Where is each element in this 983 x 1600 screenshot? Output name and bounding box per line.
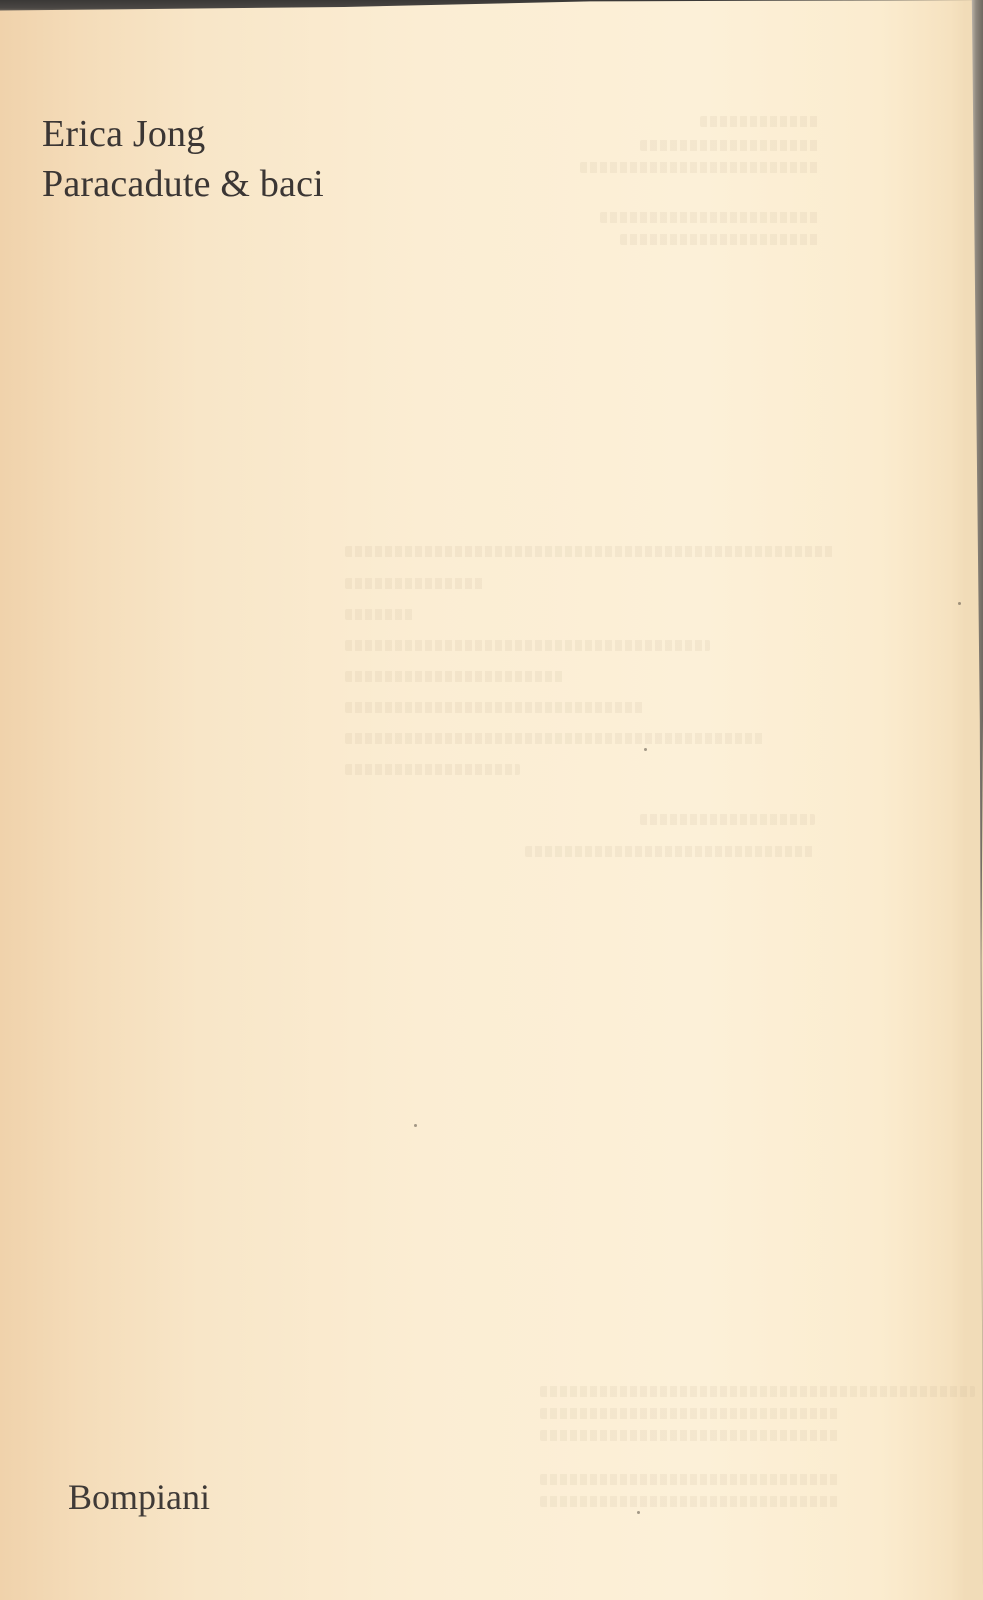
paper-speck — [958, 602, 961, 605]
page-binding-edge — [967, 0, 983, 1600]
show-through-text — [345, 546, 835, 557]
show-through-text — [345, 733, 765, 744]
show-through-text — [600, 212, 820, 223]
book-title: Paracadute & baci — [42, 160, 324, 208]
show-through-text — [580, 162, 820, 173]
page-top-shadow — [0, 0, 983, 14]
paper-speck — [644, 748, 647, 751]
paper-speck — [637, 1511, 640, 1514]
show-through-text — [345, 640, 710, 651]
show-through-text — [345, 671, 565, 682]
show-through-text — [540, 1408, 840, 1419]
show-through-text — [640, 814, 815, 825]
show-through-text — [540, 1474, 840, 1485]
author-name: Erica Jong — [42, 110, 205, 158]
book-page: Erica Jong Paracadute & baci Bompiani — [0, 0, 983, 1600]
show-through-text — [540, 1386, 975, 1397]
show-through-text — [345, 609, 415, 620]
show-through-text — [345, 578, 485, 589]
show-through-text — [345, 764, 520, 775]
show-through-text — [700, 116, 820, 127]
paper-speck — [414, 1124, 417, 1127]
show-through-text — [620, 234, 820, 245]
show-through-text — [540, 1496, 840, 1507]
show-through-text — [345, 702, 645, 713]
show-through-text — [540, 1430, 840, 1441]
show-through-text — [525, 846, 815, 857]
publisher-name: Bompiani — [68, 1475, 210, 1519]
show-through-text — [640, 140, 820, 151]
